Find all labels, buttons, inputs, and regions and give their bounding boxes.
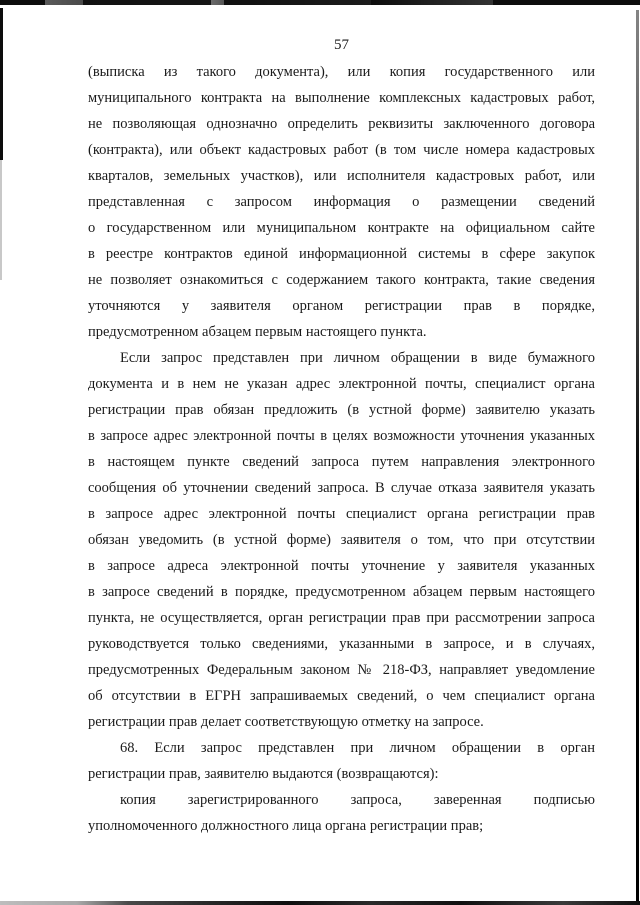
- scan-edge-bottom: [0, 901, 640, 905]
- text-line: Если запрос представлен при личном обращ…: [88, 345, 595, 371]
- text-line: представленная с запросом информация о р…: [88, 189, 595, 215]
- text-line: копия зарегистрированного запроса, завер…: [88, 787, 595, 813]
- paragraph-1: (выписка из такого документа), или копия…: [88, 59, 595, 345]
- text-line: регистрации прав делает соответствующую …: [88, 709, 595, 735]
- text-line: сообщения об уточнении сведений запроса.…: [88, 475, 595, 501]
- document-body: (выписка из такого документа), или копия…: [88, 59, 595, 839]
- scanned-document-page: 57 (выписка из такого документа), или ко…: [0, 0, 640, 905]
- text-line: регистрации прав, заявителю выдаются (во…: [88, 761, 595, 787]
- paragraph-3: 68. Если запрос представлен при личном о…: [88, 735, 595, 787]
- text-line: в настоящем пункте сведений запроса путе…: [88, 449, 595, 475]
- text-line: уточняются у заявителя органом регистрац…: [88, 293, 595, 319]
- page-number: 57: [88, 36, 595, 54]
- text-line: (выписка из такого документа), или копия…: [88, 59, 595, 85]
- text-line: уполномоченного должностного лица органа…: [88, 813, 595, 839]
- text-line: о государственном или муниципальном конт…: [88, 215, 595, 241]
- scan-edge-left: [0, 8, 3, 160]
- text-line: обязан уведомить (в устной форме) заявит…: [88, 527, 595, 553]
- scan-edge-right: [636, 10, 639, 905]
- text-line: в реестре контрактов единой информационн…: [88, 241, 595, 267]
- scan-edge-left-faint: [0, 160, 2, 280]
- text-line: в запросе сведений в порядке, предусмотр…: [88, 579, 595, 605]
- paragraph-4: копия зарегистрированного запроса, завер…: [88, 787, 595, 839]
- paragraph-2: Если запрос представлен при личном обращ…: [88, 345, 595, 735]
- text-line: муниципального контракта на выполнение к…: [88, 85, 595, 111]
- scan-edge-top: [0, 0, 640, 5]
- text-line: не позволяет ознакомиться с содержанием …: [88, 267, 595, 293]
- text-line: документа и в нем не указан адрес электр…: [88, 371, 595, 397]
- text-line: пункта, не осуществляется, орган регистр…: [88, 605, 595, 631]
- text-line: в запросе адрес электронной почты в целя…: [88, 423, 595, 449]
- text-line: руководствуется только сведениями, указа…: [88, 631, 595, 657]
- text-line: об отсутствии в ЕГРН запрашиваемых сведе…: [88, 683, 595, 709]
- text-line: кварталов, земельных участков), или испо…: [88, 163, 595, 189]
- text-line: регистрации прав обязан предложить (в ус…: [88, 397, 595, 423]
- text-line: в запросе адрес электронной почты специа…: [88, 501, 595, 527]
- text-line: (контракта), или объект кадастровых рабо…: [88, 137, 595, 163]
- text-line: не позволяющая однозначно определить рек…: [88, 111, 595, 137]
- text-line: предусмотренных Федеральным законом № 21…: [88, 657, 595, 683]
- text-line: предусмотренном абзацем первым настоящег…: [88, 319, 595, 345]
- text-line: в запросе адреса электронной почты уточн…: [88, 553, 595, 579]
- text-line: 68. Если запрос представлен при личном о…: [88, 735, 595, 761]
